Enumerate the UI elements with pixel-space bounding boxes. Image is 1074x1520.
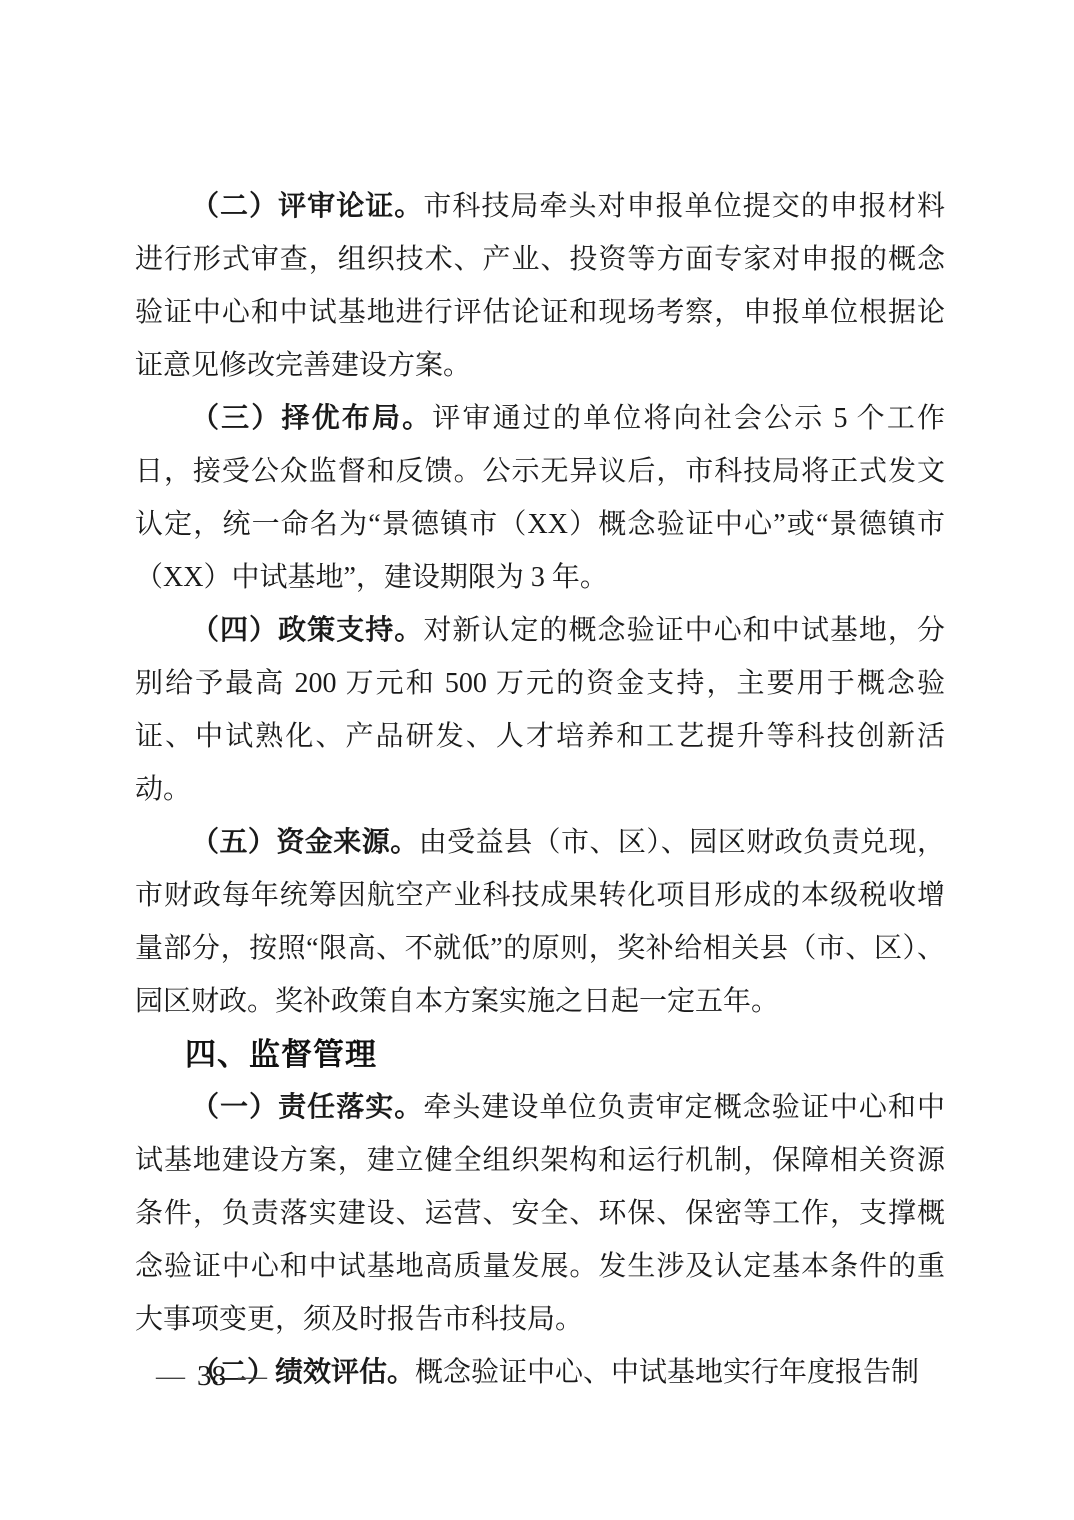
- paragraph-lead: （三）择优布局。: [191, 403, 432, 434]
- footer-dash-right: —: [238, 1360, 267, 1392]
- document-body: （二）评审论证。市科技局牵头对申报单位提交的申报材料进行形式审查，组织技术、产业…: [135, 180, 945, 1399]
- paragraph-responsibility: （一）责任落实。牵头建设单位负责审定概念验证中心和中试基地建设方案，建立健全组织…: [135, 1081, 945, 1346]
- footer-dash-left: —: [156, 1360, 185, 1392]
- page-footer: —38—: [156, 1356, 267, 1396]
- section-heading-supervision: 四、监督管理: [135, 1028, 945, 1081]
- paragraph-lead: （二）评审论证。: [191, 191, 423, 222]
- paragraph-policy-support: （四）政策支持。对新认定的概念验证中心和中试基地，分别给予最高 200 万元和 …: [135, 604, 945, 816]
- paragraph-lead: （五）资金来源。: [191, 827, 419, 858]
- paragraph-lead: （四）政策支持。: [191, 615, 423, 646]
- paragraph-body: 牵头建设单位负责审定概念验证中心和中试基地建设方案，建立健全组织架构和运行机制，…: [135, 1092, 945, 1335]
- paragraph-review-demonstration: （二）评审论证。市科技局牵头对申报单位提交的申报材料进行形式审查，组织技术、产业…: [135, 180, 945, 392]
- paragraph-funding-source: （五）资金来源。由受益县（市、区）、园区财政负责兑现，市财政每年统筹因航空产业科…: [135, 816, 945, 1028]
- paragraph-optimal-layout: （三）择优布局。评审通过的单位将向社会公示 5 个工作日，接受公众监督和反馈。公…: [135, 392, 945, 604]
- document-page: （二）评审论证。市科技局牵头对申报单位提交的申报材料进行形式审查，组织技术、产业…: [0, 0, 1074, 1520]
- page-number: 38: [197, 1356, 226, 1396]
- paragraph-lead: （一）责任落实。: [191, 1092, 423, 1123]
- paragraph-body: 概念验证中心、中试基地实行年度报告制: [415, 1357, 919, 1388]
